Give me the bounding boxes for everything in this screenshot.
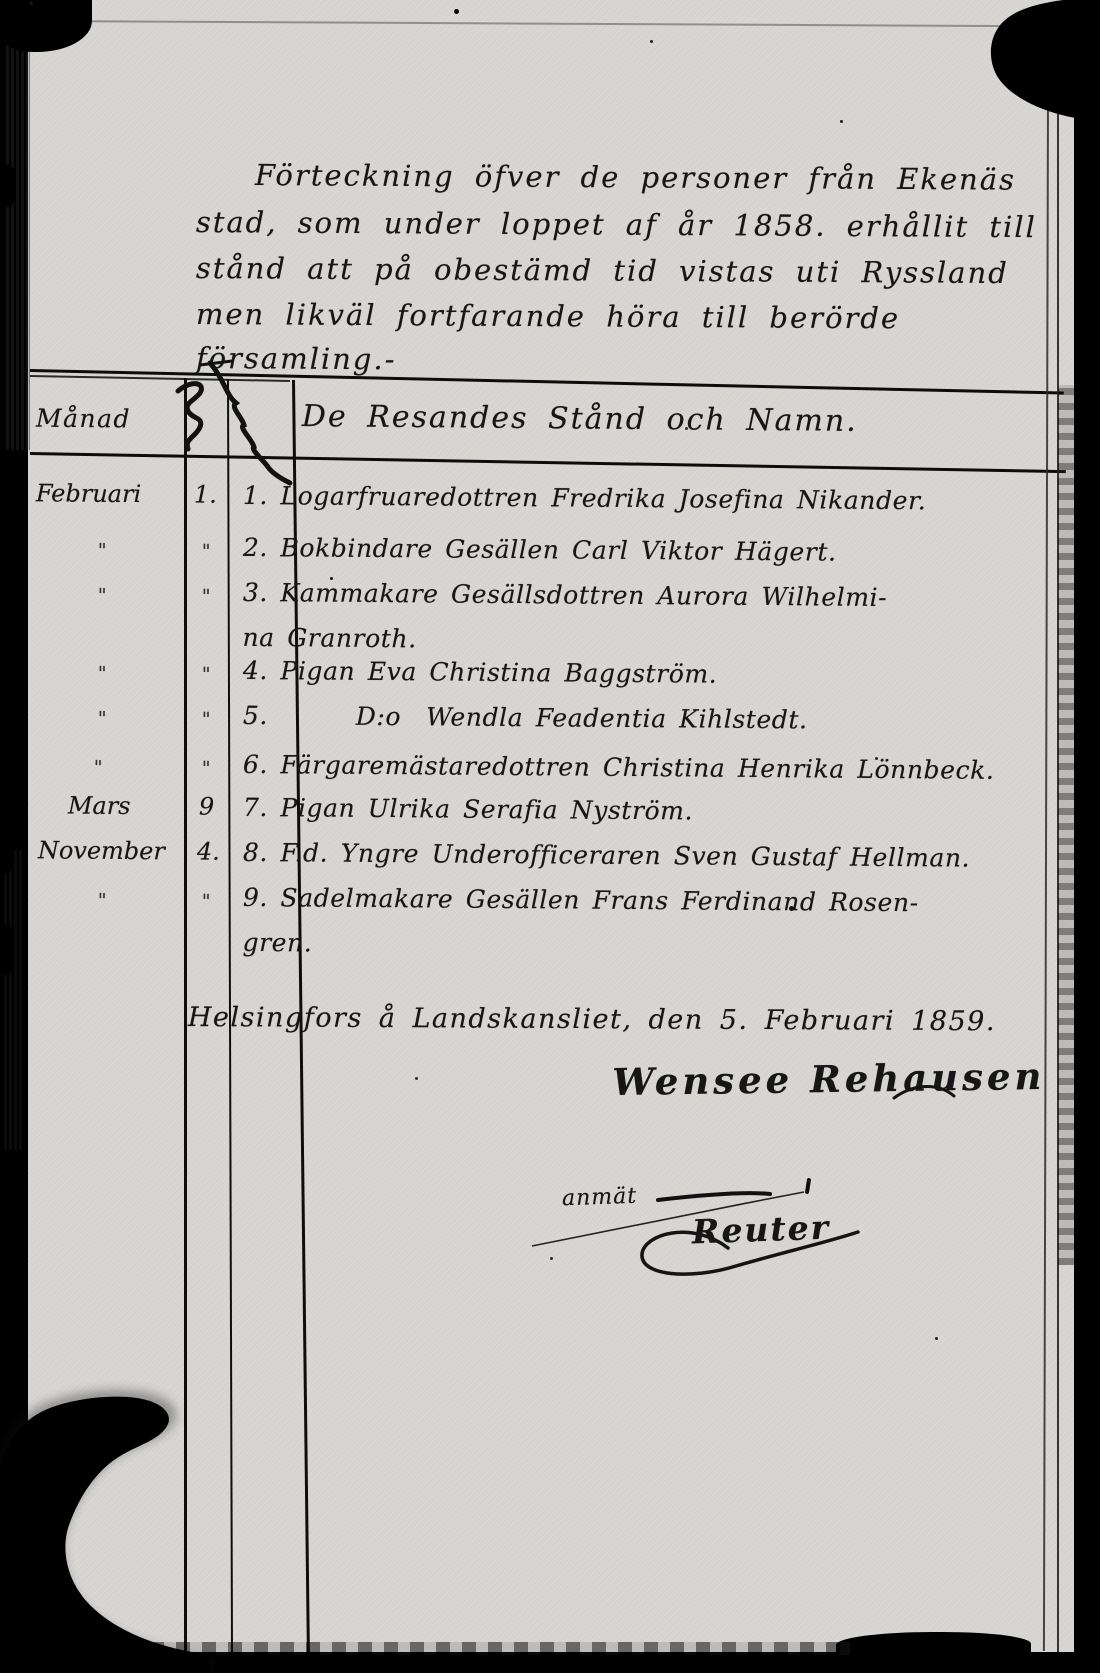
edge-texture-right <box>1058 385 1075 1265</box>
month-cell: " <box>94 758 103 779</box>
month-cell: Mars <box>68 793 131 820</box>
column-header-month: Månad <box>36 405 131 433</box>
day-cell: " <box>202 759 211 780</box>
day-cell: " <box>202 542 211 563</box>
scan-border-right <box>1074 0 1100 1673</box>
bottom-edge-blob <box>836 1632 1031 1658</box>
entry-text: 1. Logarfruaredottren Fredrika Josefina … <box>243 482 927 515</box>
day-cell: " <box>202 892 211 913</box>
ink-specks <box>30 2 33 5</box>
heading-line: stad, som under loppet af år 1858. erhål… <box>196 207 1037 244</box>
entry-text: 8. F.d. Yngre Underofficeraren Sven Gust… <box>243 839 971 872</box>
month-cell: " <box>98 541 107 562</box>
day-cell: 4. <box>197 839 220 866</box>
month-cell: " <box>98 709 107 730</box>
bottom-edge-texture <box>150 1642 850 1655</box>
edge-tab <box>0 925 14 975</box>
entry-text-continuation: na Granroth. <box>242 624 416 653</box>
book-edge-texture-left-low <box>2 850 22 1150</box>
day-cell: 9 <box>199 794 214 821</box>
secondary-signature: Reuter <box>691 1210 830 1251</box>
month-cell: Februari <box>36 480 142 507</box>
entry-text: 5. D:o Wendla Feadentia Kihlstedt. <box>243 702 808 734</box>
heading-line: men likväl fortfarande höra till berörde <box>196 299 900 335</box>
signature-flourish <box>890 1072 960 1112</box>
month-cell: November <box>38 837 165 864</box>
primary-signature: Wensee Rehausen <box>612 1056 1046 1103</box>
day-cell: 1. <box>194 482 217 509</box>
entry-text: 7. Pigan Ulrika Serafia Nyström. <box>243 794 693 825</box>
edge-tab <box>0 545 13 603</box>
entry-text-continuation: gren. <box>242 929 312 957</box>
day-cell: " <box>202 710 211 731</box>
scanned-document-page: Förteckning öfver de personer från Ekenä… <box>0 0 1100 1673</box>
heading-line: Förteckning öfver de personer från Ekenä… <box>255 160 1016 197</box>
entry-text: 4. Pigan Eva Christina Baggström. <box>243 657 718 688</box>
edge-tab <box>0 828 12 874</box>
month-cell: " <box>98 891 107 912</box>
book-edge-texture-left <box>4 30 30 450</box>
heading-line: stånd att på obestämd tid vistas uti Rys… <box>196 253 1009 290</box>
thumb-shadow-blob <box>0 1275 215 1673</box>
column-header-names: De Resandes Stånd och Namn. <box>302 400 858 438</box>
entry-text: 2. Bokbindare Gesällen Carl Viktor Häger… <box>243 534 837 566</box>
diagonal-pen-stroke <box>140 355 320 490</box>
entry-text: 6. Färgaremästaredottren Christina Henri… <box>243 751 995 784</box>
edge-tab <box>0 165 15 207</box>
dateline: Helsingfors å Landskansliet, den 5. Febr… <box>188 1003 996 1037</box>
day-cell: " <box>202 665 211 686</box>
day-cell: " <box>202 587 211 608</box>
month-cell: " <box>98 664 107 685</box>
entry-text: 9. Sadelmakare Gesällen Frans Ferdinand … <box>243 884 919 917</box>
month-cell: " <box>98 586 107 607</box>
scan-blob-top-right <box>975 0 1100 180</box>
entry-text: 3. Kammakare Gesällsdottren Aurora Wilhe… <box>243 579 888 612</box>
